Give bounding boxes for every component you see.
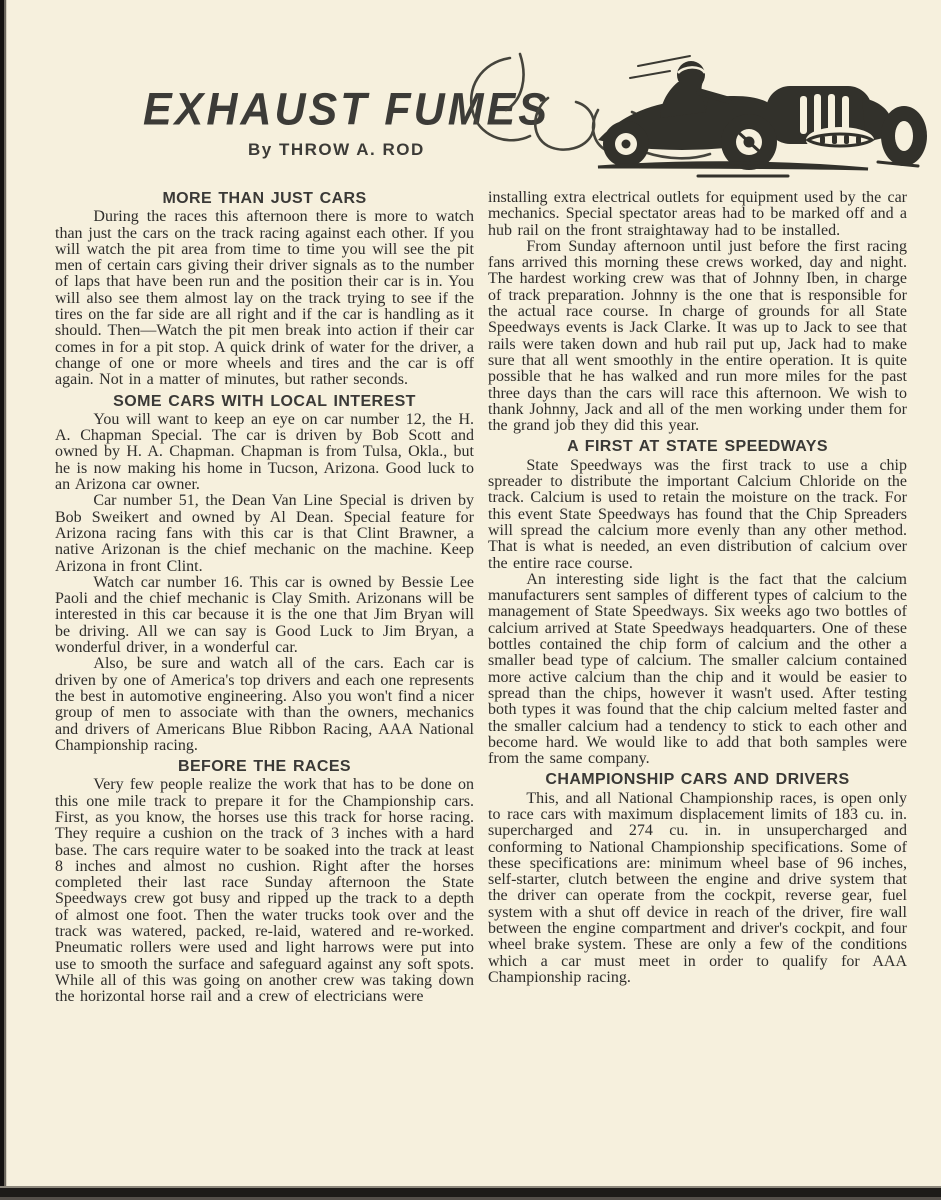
body-paragraph: Car number 51, the Dean Van Line Special…: [55, 493, 474, 574]
body-paragraph: Watch car number 16. This car is owned b…: [55, 575, 474, 656]
scan-edge-left: [0, 0, 7, 1200]
section-heading: BEFORE THE RACES: [55, 759, 474, 775]
body-paragraph: Very few people realize the work that ha…: [55, 777, 474, 1005]
body-paragraph: During the races this afternoon there is…: [55, 209, 474, 388]
body-paragraph: This, and all National Championship race…: [488, 791, 907, 987]
article-body: MORE THAN JUST CARSDuring the races this…: [55, 190, 907, 1150]
race-car-illustration: [448, 40, 940, 182]
section-heading: CHAMPIONSHIP CARS AND DRIVERS: [488, 772, 907, 788]
column-right: installing extra electrical outlets for …: [488, 190, 907, 1150]
body-paragraph: You will want to keep an eye on car numb…: [55, 412, 474, 493]
column-left: MORE THAN JUST CARSDuring the races this…: [55, 190, 474, 1150]
section-heading: MORE THAN JUST CARS: [55, 191, 474, 207]
section-heading: SOME CARS WITH LOCAL INTEREST: [55, 394, 474, 410]
race-car-cartoon-svg: [448, 40, 940, 182]
body-paragraph: State Speedways was the first track to u…: [488, 458, 907, 572]
scan-edge-bottom: [0, 1184, 941, 1200]
body-paragraph: installing extra electrical outlets for …: [488, 190, 907, 239]
body-paragraph: An interesting side light is the fact th…: [488, 572, 907, 768]
byline: By THROW A. ROD: [248, 140, 425, 160]
section-heading: A FIRST AT STATE SPEEDWAYS: [488, 439, 907, 455]
body-paragraph: From Sunday afternoon until just before …: [488, 239, 907, 435]
ground-shadow: [598, 162, 918, 176]
body-paragraph: Also, be sure and watch all of the cars.…: [55, 656, 474, 754]
